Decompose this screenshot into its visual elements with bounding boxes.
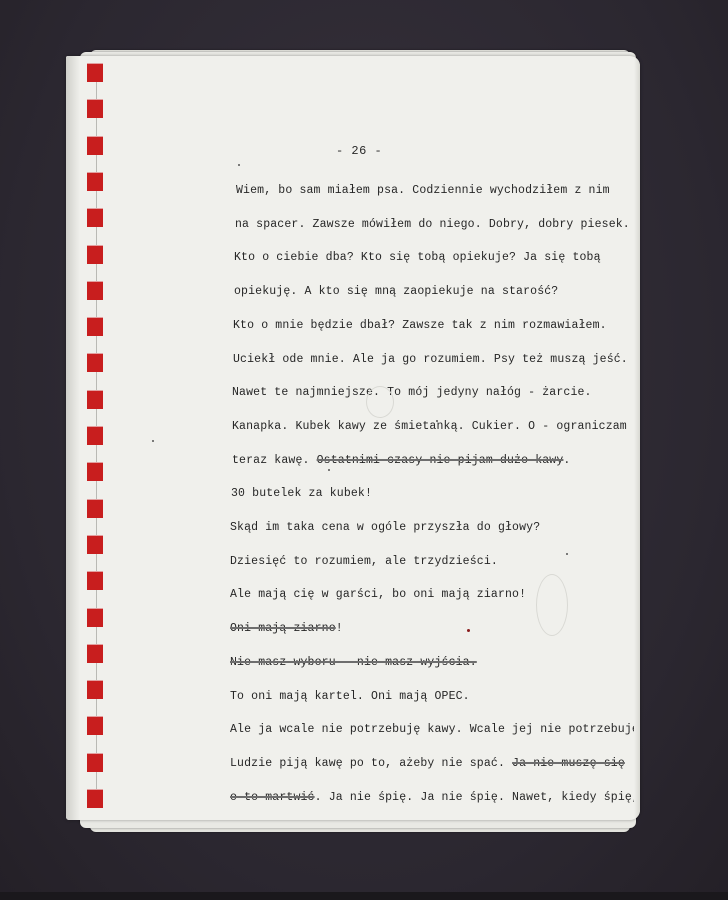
text-line: Nie masz wyboru - nie masz wyjścia. [230,656,477,669]
binding-hole [87,644,103,663]
text-line: Kto o ciebie dba? Kto się tobą opiekuje?… [234,251,601,264]
binding-hole [87,208,103,227]
text-line: teraz kawę. Ostatnimi czasy nie pijam du… [232,454,570,467]
text-line: Skąd im taka cena w ogóle przyszła do gł… [230,521,540,534]
line-text: na spacer. Zawsze mówiłem do niego. Dobr… [235,218,630,231]
paper-speck [152,440,154,442]
binding-hole [87,353,103,372]
line-text: Kto o mnie będzie dbał? Zawsze tak z nim… [233,319,607,332]
line-text: teraz kawę. [232,454,317,467]
line-text: Wiem, bo sam miałem psa. Codziennie wych… [236,184,610,197]
text-line: Wiem, bo sam miałem psa. Codziennie wych… [236,184,610,197]
line-text: Skąd im taka cena w ogóle przyszła do gł… [230,521,540,534]
line-text: Kanapka. Kubek kawy ze śmietanką. Cukier… [232,420,627,433]
line-text: Dziesięć to rozumiem, ale trzydzieści. [230,555,498,568]
line-text: 30 butelek za kubek! [231,487,372,500]
struck-text: o to martwić [230,791,315,804]
binding-hole [87,789,103,808]
text-line: Ale ja wcale nie potrzebuję kawy. Wcale … [230,723,640,736]
text-line: opiekuję. A kto się mną zaopiekuje na st… [234,285,558,298]
paper-speck [566,553,568,555]
text-line: Dziesięć to rozumiem, ale trzydzieści. [230,555,498,568]
binding-hole [87,426,103,445]
binding-hole [87,172,103,191]
binding-hole [87,63,103,82]
document-page: - 26 - Wiem, bo sam miałem psa. Codzienn… [66,56,640,820]
line-text: Ludzie piją kawę po to, ażeby nie spać. [230,757,512,770]
text-line: Kanapka. Kubek kawy ze śmietanką. Cukier… [232,420,627,433]
line-text: Ale mają cię w garści, bo oni mają ziarn… [230,588,526,601]
binding-hole [87,136,103,155]
binding-hole [87,535,103,554]
line-text: opiekuję. A kto się mną zaopiekuje na st… [234,285,558,298]
binding-hole [87,390,103,409]
paper-speck [238,164,240,166]
binding-hole [87,571,103,590]
struck-text: Nie masz wyboru - nie masz wyjścia. [230,656,477,669]
binding-hole [87,499,103,518]
pencil-mark [366,386,394,418]
text-line: Ludzie piją kawę po to, ażeby nie spać. … [230,757,625,770]
line-text: . [563,454,570,467]
text-line: Nawet te najmniejsze. To mój jedyny nałó… [232,386,592,399]
line-text: Uciekł ode mnie. Ale ja go rozumiem. Psy… [233,353,628,366]
line-text: ! [336,622,343,635]
pencil-mark [536,574,568,636]
line-text: Kto o ciebie dba? Kto się tobą opiekuje?… [234,251,601,264]
line-text: Ale ja wcale nie potrzebuję kawy. Wcale … [230,723,640,736]
text-line: Uciekł ode mnie. Ale ja go rozumiem. Psy… [233,353,628,366]
text-line: To oni mają kartel. Oni mają OPEC. [230,690,470,703]
scanner-edge [0,892,728,900]
binding-hole [87,608,103,627]
text-line: na spacer. Zawsze mówiłem do niego. Dobr… [235,218,630,231]
binding-hole [87,753,103,772]
paper-speck [467,629,470,632]
text-line: 30 butelek za kubek! [231,487,372,500]
text-line: Ale mają cię w garści, bo oni mają ziarn… [230,588,526,601]
text-line: o to martwić. Ja nie śpię. Ja nie śpię. … [230,791,639,804]
paper-speck [436,420,438,422]
binding-hole [87,317,103,336]
binding-hole [87,462,103,481]
paper-speck [328,469,330,471]
text-line: Oni mają ziarno! [230,622,343,635]
struck-text: Ostatnimi czasy nie pijam dużo kawy [317,454,564,467]
page-number: - 26 - [336,144,382,158]
line-text: To oni mają kartel. Oni mają OPEC. [230,690,470,703]
text-line: Kto o mnie będzie dbał? Zawsze tak z nim… [233,319,607,332]
binding-hole [87,245,103,264]
binding-hole [87,99,103,118]
struck-text: Ja nie muszę się [512,757,625,770]
binding-hole [87,680,103,699]
binding-hole [87,281,103,300]
struck-text: Oni mają ziarno [230,622,336,635]
line-text: . Ja nie śpię. Ja nie śpię. Nawet, kiedy… [315,791,639,804]
line-text: Nawet te najmniejsze. To mój jedyny nałó… [232,386,592,399]
binding-hole [87,716,103,735]
